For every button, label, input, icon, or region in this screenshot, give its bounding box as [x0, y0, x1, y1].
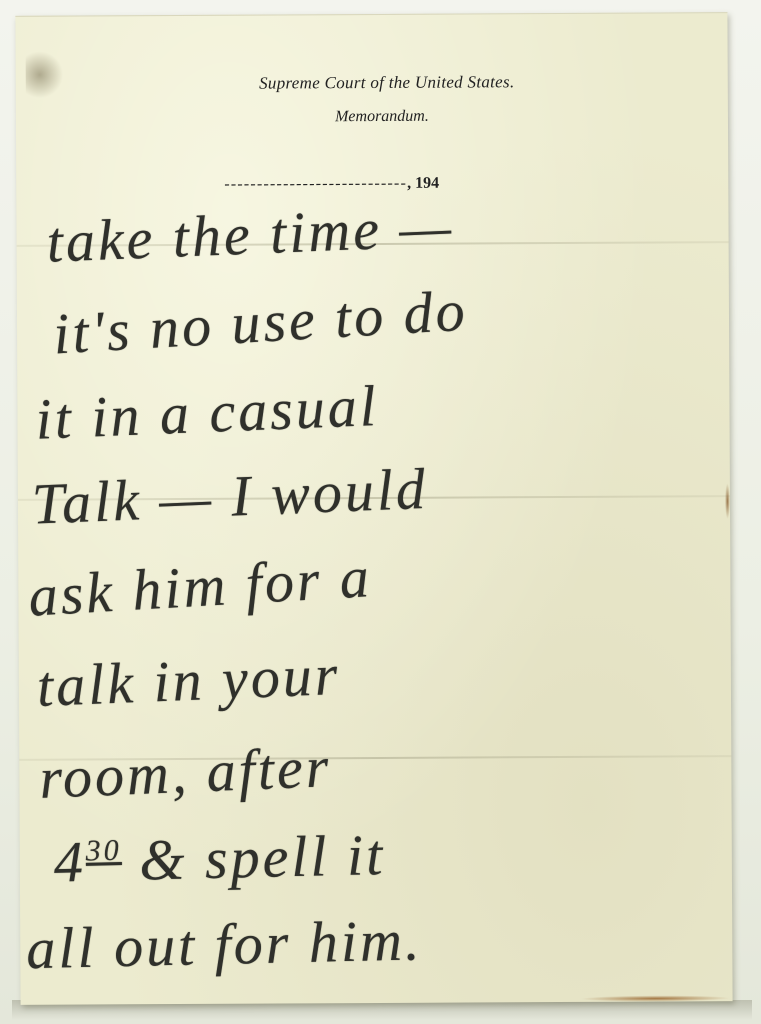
time-hour: 4: [53, 829, 86, 895]
time-minutes: 30: [85, 834, 122, 868]
handwritten-line: take the time —: [46, 197, 455, 271]
handwritten-line: 430 & spell it: [53, 826, 386, 892]
handwritten-line: Talk — I would: [31, 460, 429, 534]
handwritten-line: talk in your: [36, 646, 341, 716]
handwritten-line: all out for him.: [26, 911, 423, 978]
handwritten-note: take the time — it's no use to do it in …: [15, 13, 732, 1005]
memo-sheet: Supreme Court of the United States. Memo…: [15, 12, 732, 1005]
handwritten-line: it's no use to do: [52, 282, 469, 364]
handwritten-line-text: & spell it: [139, 822, 386, 893]
handwritten-line: ask him for a: [27, 548, 373, 626]
handwritten-line: it in a casual: [34, 377, 379, 449]
handwritten-line: room, after: [38, 738, 332, 808]
